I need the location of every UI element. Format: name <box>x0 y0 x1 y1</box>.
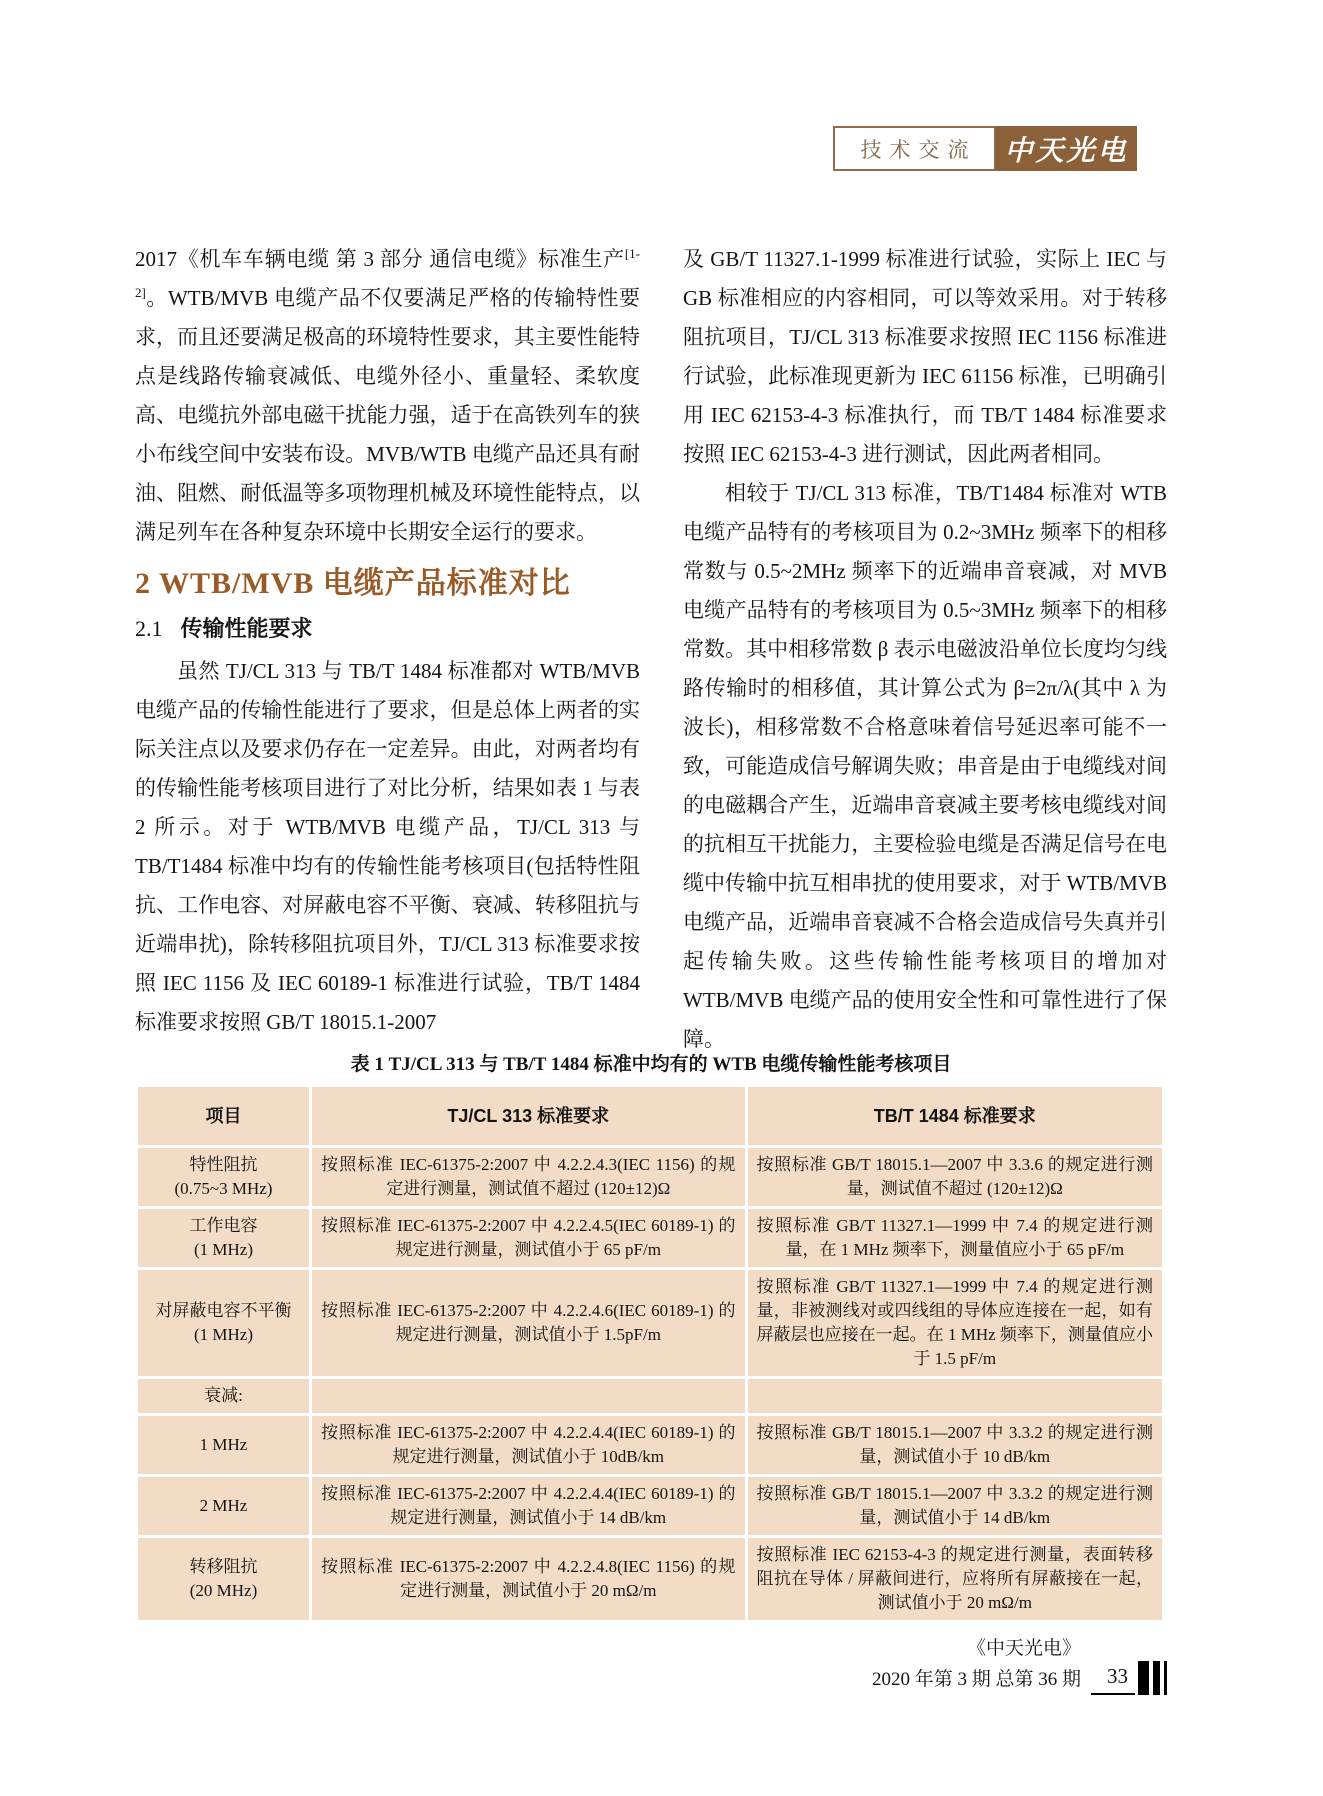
journal-page: 技术交流 中天光电 2017《机车车辆电缆 第 3 部分 通信电缆》标准生产[1… <box>0 0 1323 1796</box>
page-number-block: 33 <box>1091 1661 1167 1695</box>
comparison-table: 项目 TJ/CL 313 标准要求 TB/T 1484 标准要求 特性阻抗 (0… <box>135 1084 1165 1623</box>
page-header: 技术交流 中天光电 <box>833 126 1137 171</box>
table-cell-requirement: 按照标准 GB/T 18015.1—2007 中 3.3.2 的规定进行测量，测… <box>748 1416 1162 1474</box>
right-column: 及 GB/T 11327.1-1999 标准进行试验，实际上 IEC 与 GB … <box>683 240 1167 1052</box>
paragraph-text: 2017《机车车辆电缆 第 3 部分 通信电缆》标准生产 <box>135 247 625 271</box>
table-row: 衰减: <box>138 1379 1162 1413</box>
table-row: 转移阻抗 (20 MHz)按照标准 IEC-61375-2:2007 中 4.2… <box>138 1538 1162 1620</box>
table-row: 对屏蔽电容不平衡 (1 MHz)按照标准 IEC-61375-2:2007 中 … <box>138 1270 1162 1376</box>
table-cell-requirement: 按照标准 IEC-61375-2:2007 中 4.2.2.4.3(IEC 11… <box>312 1148 745 1206</box>
table-cell-requirement <box>748 1379 1162 1413</box>
paragraph-text: 。WTB/MVB 电缆产品不仅要满足严格的传输特性要求，而且还要满足极高的环境特… <box>135 286 640 544</box>
table-cell-item: 特性阻抗 (0.75~3 MHz) <box>138 1148 309 1206</box>
table-cell-requirement: 按照标准 IEC-61375-2:2007 中 4.2.2.4.6(IEC 60… <box>312 1270 745 1376</box>
table-cell-requirement: 按照标准 IEC-61375-2:2007 中 4.2.2.4.4(IEC 60… <box>312 1416 745 1474</box>
paragraph: 及 GB/T 11327.1-1999 标准进行试验，实际上 IEC 与 GB … <box>683 240 1167 474</box>
table-cell-requirement: 按照标准 GB/T 18015.1—2007 中 3.3.2 的规定进行测量，测… <box>748 1477 1162 1535</box>
table-cell-requirement: 按照标准 IEC-61375-2:2007 中 4.2.2.4.4(IEC 60… <box>312 1477 745 1535</box>
article-content: 2017《机车车辆电缆 第 3 部分 通信电缆》标准生产[1-2]。WTB/MV… <box>135 240 1167 1623</box>
column-badge-label: 技术交流 <box>861 134 977 164</box>
section-heading: 2 WTB/MVB 电缆产品标准对比 <box>135 564 640 604</box>
left-column: 2017《机车车辆电缆 第 3 部分 通信电缆》标准生产[1-2]。WTB/MV… <box>135 240 640 1052</box>
table-cell-item: 衰减: <box>138 1379 309 1413</box>
table-header-row: 项目 TJ/CL 313 标准要求 TB/T 1484 标准要求 <box>138 1087 1162 1145</box>
table-cell-item: 1 MHz <box>138 1416 309 1474</box>
table-cell-item: 对屏蔽电容不平衡 (1 MHz) <box>138 1270 309 1376</box>
journal-logo-text: 中天光电 <box>1004 129 1128 169</box>
paragraph: 2017《机车车辆电缆 第 3 部分 通信电缆》标准生产[1-2]。WTB/MV… <box>135 240 640 552</box>
table-cell-item: 2 MHz <box>138 1477 309 1535</box>
table-cell-item: 转移阻抗 (20 MHz) <box>138 1538 309 1620</box>
paragraph: 相较于 TJ/CL 313 标准，TB/T1484 标准对 WTB 电缆产品特有… <box>683 474 1167 1052</box>
table-cell-requirement: 按照标准 GB/T 18015.1—2007 中 3.3.6 的规定进行测量，测… <box>748 1148 1162 1206</box>
table-row: 1 MHz按照标准 IEC-61375-2:2007 中 4.2.2.4.4(I… <box>138 1416 1162 1474</box>
subsection-number: 2.1 <box>135 616 163 641</box>
table-header-item: 项目 <box>138 1087 309 1145</box>
table-body: 特性阻抗 (0.75~3 MHz)按照标准 IEC-61375-2:2007 中… <box>138 1148 1162 1620</box>
page-number: 33 <box>1091 1663 1135 1695</box>
table-row: 特性阻抗 (0.75~3 MHz)按照标准 IEC-61375-2:2007 中… <box>138 1148 1162 1206</box>
paragraph: 虽然 TJ/CL 313 与 TB/T 1484 标准都对 WTB/MVB 电缆… <box>135 652 640 1042</box>
two-column-body: 2017《机车车辆电缆 第 3 部分 通信电缆》标准生产[1-2]。WTB/MV… <box>135 240 1167 1052</box>
table-row: 2 MHz按照标准 IEC-61375-2:2007 中 4.2.2.4.4(I… <box>138 1477 1162 1535</box>
journal-logo: 中天光电 <box>996 126 1137 171</box>
table-cell-requirement <box>312 1379 745 1413</box>
table-cell-requirement: 按照标准 GB/T 11327.1—1999 中 7.4 的规定进行测量，在 1… <box>748 1209 1162 1267</box>
table-cell-requirement: 按照标准 IEC-61375-2:2007 中 4.2.2.4.5(IEC 60… <box>312 1209 745 1267</box>
column-badge: 技术交流 <box>833 126 996 171</box>
table-cell-requirement: 按照标准 GB/T 11327.1—1999 中 7.4 的规定进行测量，非被测… <box>748 1270 1162 1376</box>
table-cell-requirement: 按照标准 IEC 62153-4-3 的规定进行测量，表面转移阻抗在导体 / 屏… <box>748 1538 1162 1620</box>
journal-info: 《中天光电》 2020 年第 3 期 总第 36 期 <box>872 1633 1081 1695</box>
table-caption: 表 1 TJ/CL 313 与 TB/T 1484 标准中均有的 WTB 电缆传… <box>135 1052 1167 1078</box>
table-cell-requirement: 按照标准 IEC-61375-2:2007 中 4.2.2.4.8(IEC 11… <box>312 1538 745 1620</box>
subsection-heading: 2.1传输性能要求 <box>135 614 640 644</box>
table-header-tbt1484: TB/T 1484 标准要求 <box>748 1087 1162 1145</box>
issue-info: 2020 年第 3 期 总第 36 期 <box>872 1664 1081 1695</box>
table-row: 工作电容 (1 MHz)按照标准 IEC-61375-2:2007 中 4.2.… <box>138 1209 1162 1267</box>
footer-bars-icon <box>1138 1661 1167 1695</box>
table-header-tjcl313: TJ/CL 313 标准要求 <box>312 1087 745 1145</box>
journal-name: 《中天光电》 <box>872 1633 1081 1664</box>
page-footer: 《中天光电》 2020 年第 3 期 总第 36 期 33 <box>872 1633 1167 1695</box>
table-cell-item: 工作电容 (1 MHz) <box>138 1209 309 1267</box>
subsection-title: 传输性能要求 <box>181 616 313 641</box>
